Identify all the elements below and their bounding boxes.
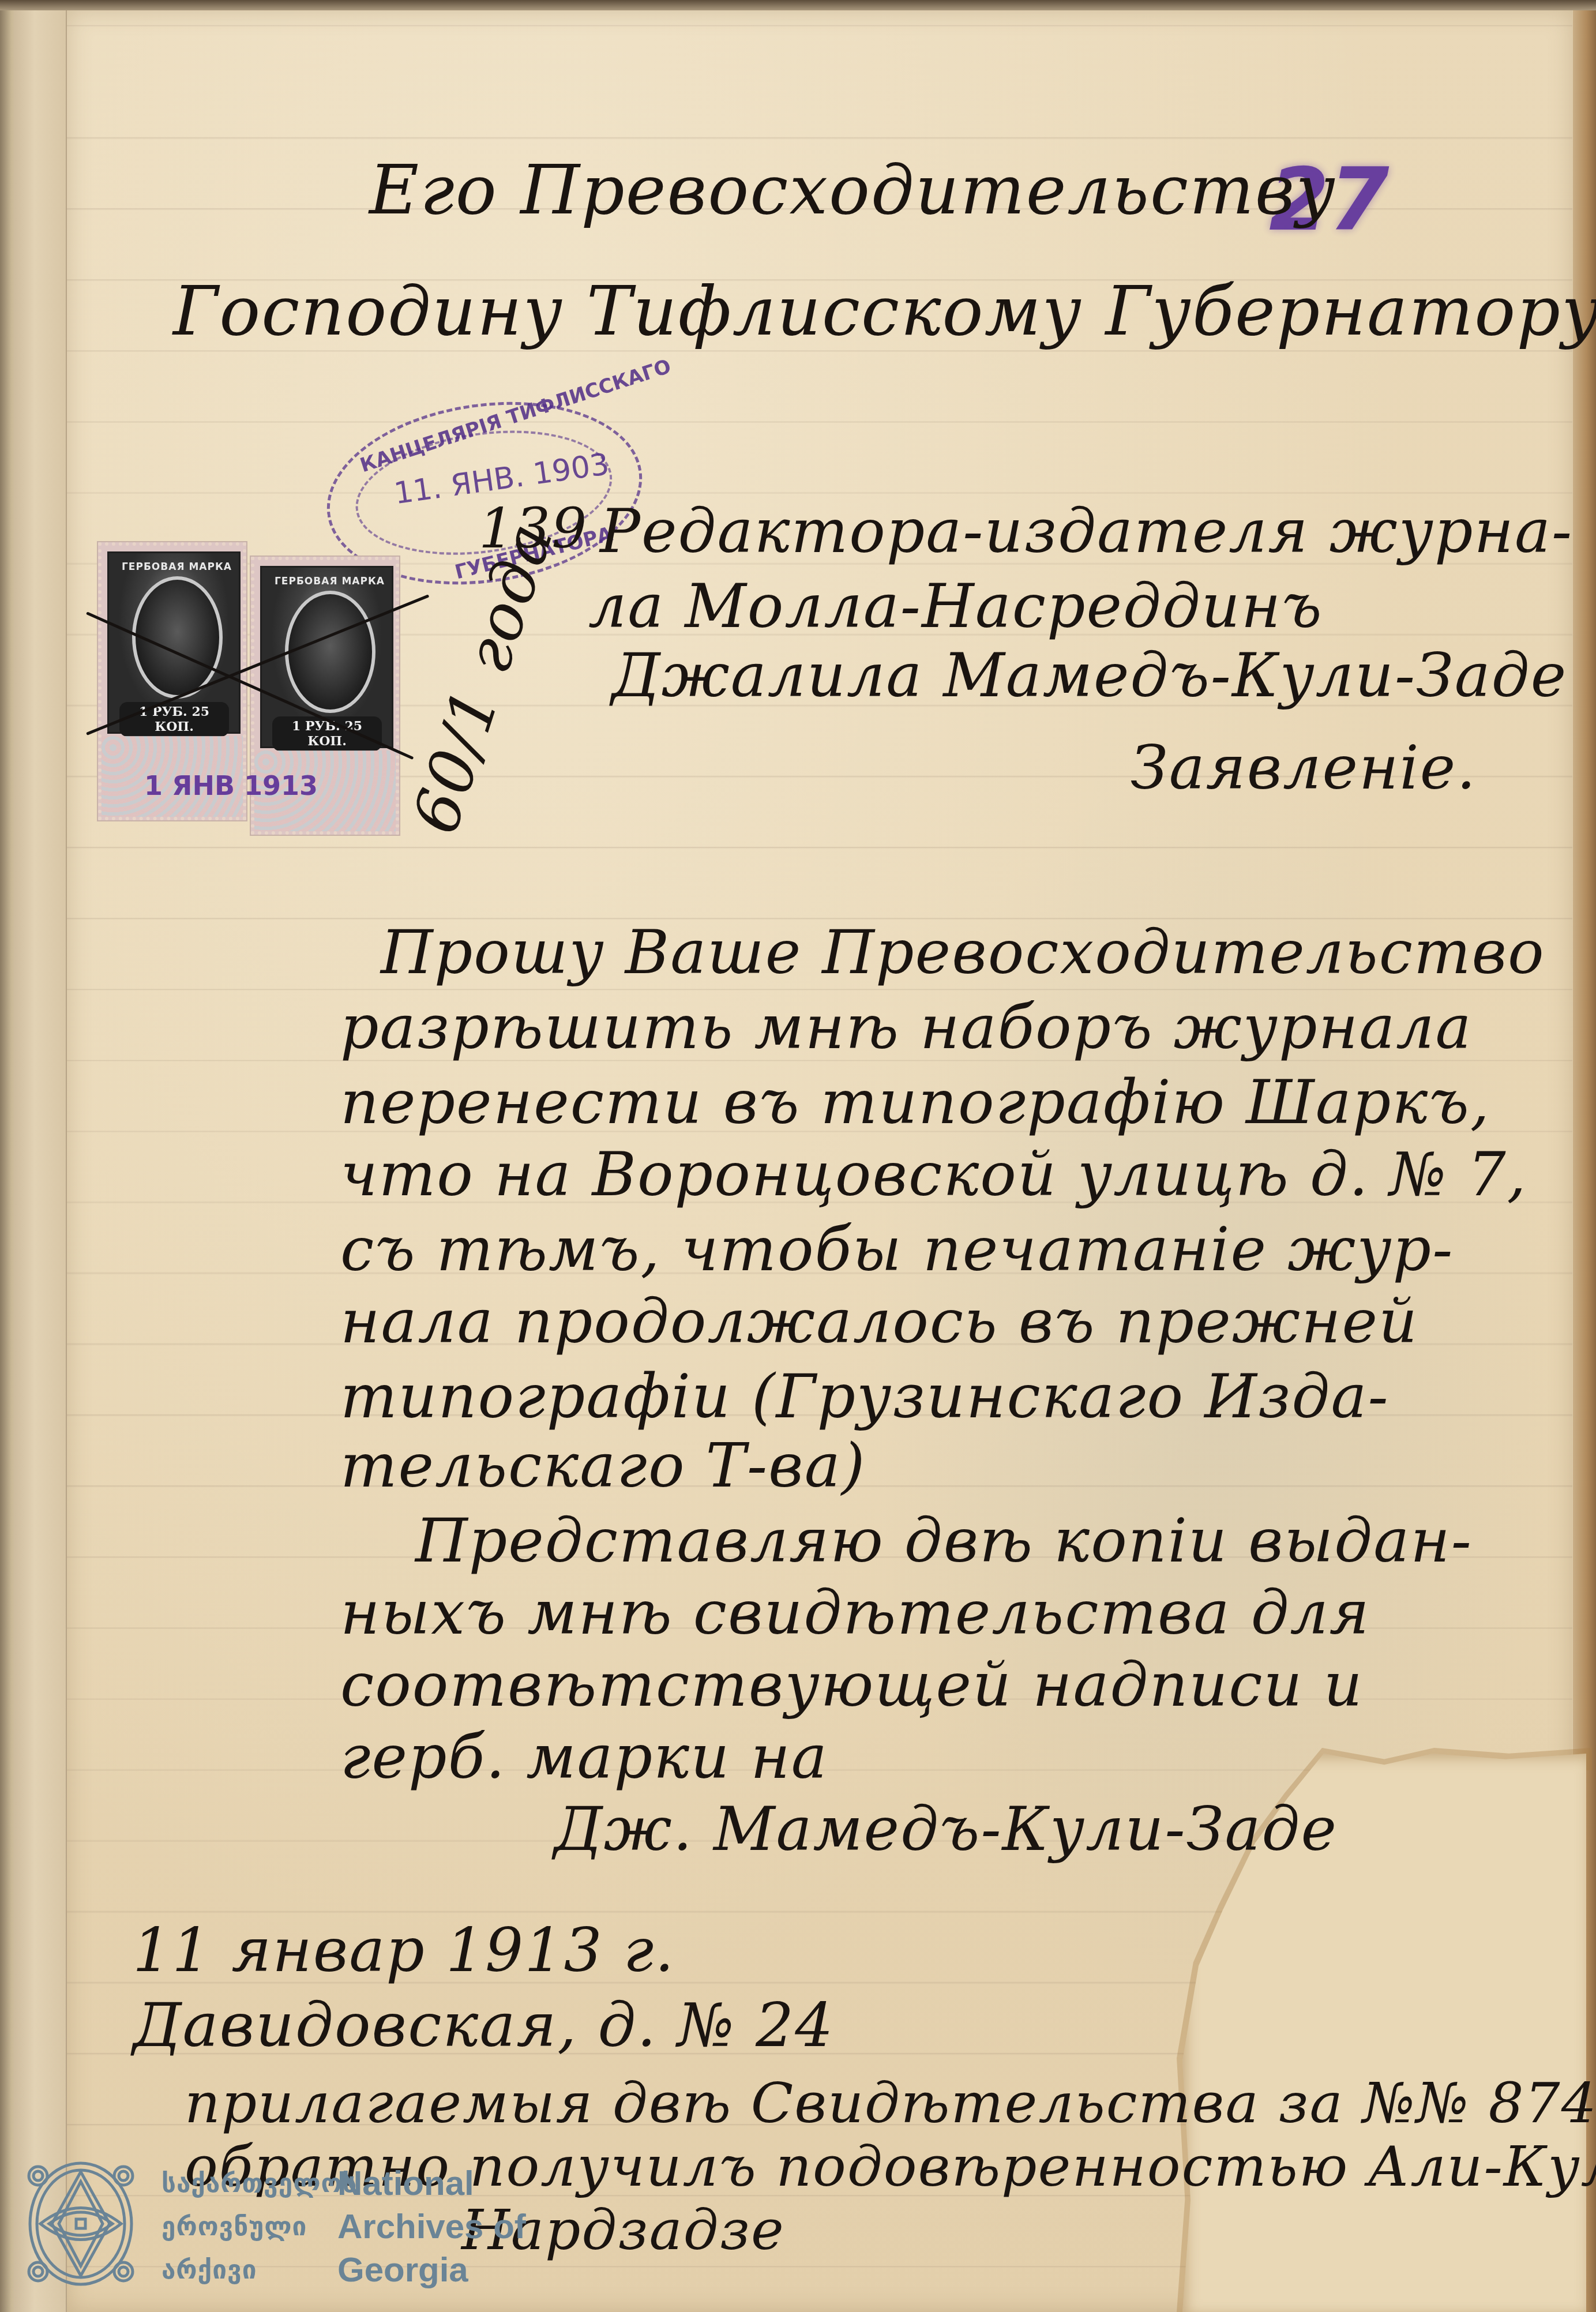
document-heading: Заявленіе. — [1131, 733, 1477, 803]
double-headed-eagle-icon — [285, 591, 375, 713]
body-line: съ тѣмъ, чтобы печатаніе жур- — [340, 1214, 1454, 1285]
body-line: герб. марки на — [340, 1722, 828, 1792]
previous-page-edge — [14, 0, 67, 2312]
watermark-georgian-line: არქივი — [162, 2255, 257, 2285]
footer-date: 11 январ 1913 г. — [133, 1915, 675, 1986]
body-line: соотвѣтствующей надписи и — [340, 1650, 1364, 1720]
body-line: что на Воронцовской улицѣ д. № 7, — [340, 1139, 1527, 1210]
binding-edge-top — [0, 0, 1596, 10]
body-line: типографіи (Грузинскаго Изда- — [340, 1361, 1390, 1432]
body-line: нала продолжалось въ прежней — [340, 1286, 1418, 1357]
address-line-2: Господину Тифлисскому Губернатору — [173, 271, 1596, 351]
watermark-english-line: Archives of — [337, 2206, 526, 2246]
revenue-stamps: ГЕРБОВАЯ МАРКА 1 РУБ. 25 КОП. ГЕРБОВАЯ М… — [92, 542, 415, 831]
watermark-georgian-line: ეროვნული — [162, 2212, 307, 2242]
watermark-georgian-line: საქართველოს — [162, 2169, 357, 2198]
national-archives-watermark: საქართველოს ეროვნული არქივი National Arc… — [23, 2157, 554, 2290]
watermark-english-line: Georgia — [337, 2250, 468, 2290]
archive-knot-emblem-icon — [23, 2157, 138, 2290]
stamp-caption: ГЕРБОВАЯ МАРКА — [122, 561, 232, 573]
stamp-value: 1 РУБ. 25 КОП. — [119, 702, 229, 737]
body-line: ныхъ мнѣ свидѣтельства для — [340, 1578, 1370, 1648]
body-line: тельскаго Т-ва) — [340, 1431, 866, 1501]
footer-note-line: прилагаемыя двѣ Свидѣтельства за №№ 874 — [185, 2071, 1596, 2135]
stamp-caption: ГЕРБОВАЯ МАРКА — [275, 576, 385, 587]
footer-address: Давидовская, д. № 24 — [133, 1990, 834, 2060]
body-line: Прошу Ваше Превосходительство — [381, 917, 1545, 988]
address-line-1: Его Превосходительству — [369, 150, 1336, 230]
stamp-cancellation-date: 1 ЯНВ 1913 — [144, 770, 318, 801]
sender-line-2: ла Молла-Насреддинъ — [588, 571, 1323, 641]
body-line: Представляю двѣ копіи выдан- — [415, 1506, 1473, 1576]
stamp-engraving: ГЕРБОВАЯ МАРКА 1 РУБ. 25 КОП. — [107, 551, 241, 734]
sender-line-3: Джалила Мамедъ-Кули-Заде — [611, 640, 1567, 711]
sender-line-1: Редактора-издателя журна- — [600, 496, 1573, 566]
body-line: перенести въ типографію Шаркъ, — [340, 1067, 1490, 1138]
watermark-english-line: National — [337, 2163, 474, 2203]
signature: Дж. Мамедъ-Кули-Заде — [554, 1794, 1338, 1864]
body-line: разрѣшить мнѣ наборъ журнала — [340, 992, 1472, 1063]
